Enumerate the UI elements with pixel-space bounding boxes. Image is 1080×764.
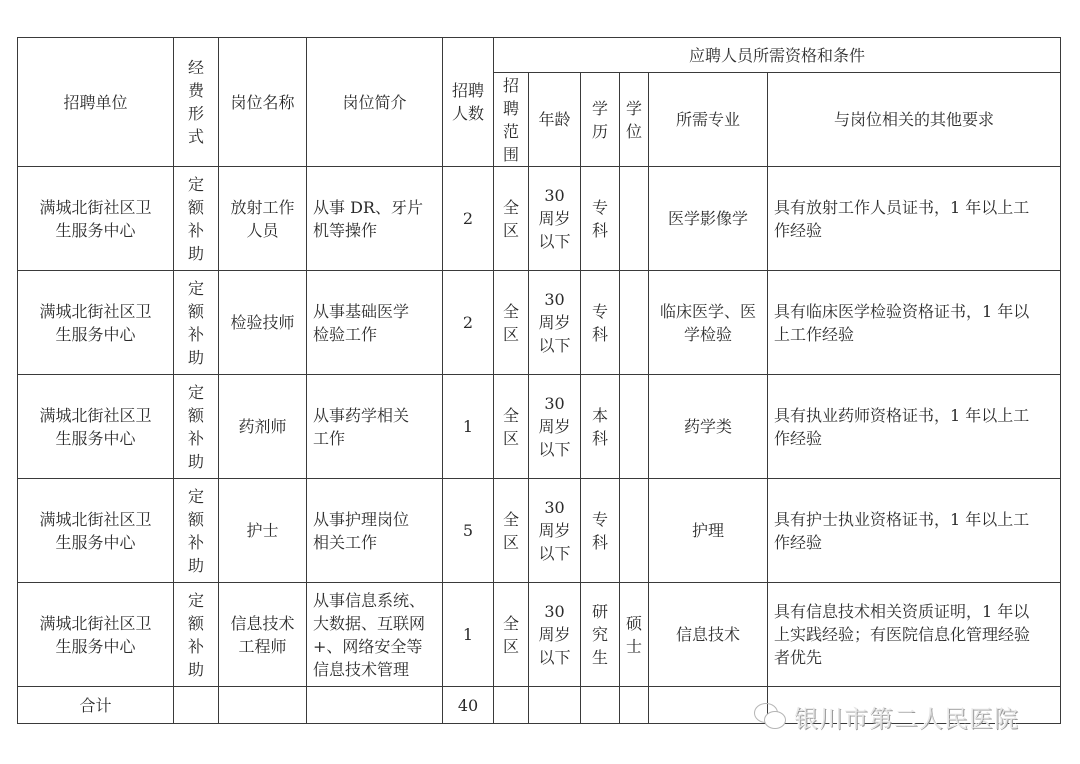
cell-major: 医学影像学 — [649, 167, 768, 271]
table-row: 满城北街社区卫生服务中心定额补助药剂师从事药学相关工作1全区30周岁以下本科药学… — [18, 375, 1061, 479]
cell-other: 具有执业药师资格证书，1 年以上工作经验 — [768, 375, 1061, 479]
header-other: 与岗位相关的其他要求 — [768, 73, 1061, 167]
header-degree: 学位 — [620, 73, 649, 167]
cell-education: 专科 — [581, 167, 620, 271]
cell-scope: 全区 — [494, 583, 529, 687]
cell-post-name: 信息技术工程师 — [219, 583, 307, 687]
cell-degree — [620, 167, 649, 271]
cell-major: 信息技术 — [649, 583, 768, 687]
total-label: 合计 — [18, 687, 174, 724]
cell-unit: 满城北街社区卫生服务中心 — [18, 583, 174, 687]
cell-age: 30周岁以下 — [529, 271, 581, 375]
cell-unit: 满城北街社区卫生服务中心 — [18, 167, 174, 271]
cell-other: 具有放射工作人员证书，1 年以上工作经验 — [768, 167, 1061, 271]
watermark: 银川市第二人民医院 — [752, 698, 1019, 734]
cell-post-intro: 从事信息系统、大数据、互联网+、网络安全等信息技术管理 — [307, 583, 443, 687]
cell-funding: 定额补助 — [174, 167, 219, 271]
cell-unit: 满城北街社区卫生服务中心 — [18, 479, 174, 583]
cell-degree: 硕士 — [620, 583, 649, 687]
cell-age: 30周岁以下 — [529, 583, 581, 687]
header-post-intro: 岗位简介 — [307, 38, 443, 167]
cell-scope: 全区 — [494, 479, 529, 583]
total-count: 40 — [443, 687, 494, 724]
cell-age: 30周岁以下 — [529, 167, 581, 271]
cell-post-intro: 从事药学相关工作 — [307, 375, 443, 479]
header-post-name: 岗位名称 — [219, 38, 307, 167]
header-scope: 招聘范围 — [494, 73, 529, 167]
cell-education: 研究生 — [581, 583, 620, 687]
table-row: 满城北街社区卫生服务中心定额补助信息技术工程师从事信息系统、大数据、互联网+、网… — [18, 583, 1061, 687]
cell-degree — [620, 479, 649, 583]
cell-scope: 全区 — [494, 375, 529, 479]
cell-age: 30周岁以下 — [529, 375, 581, 479]
header-major: 所需专业 — [649, 73, 768, 167]
cell-count: 5 — [443, 479, 494, 583]
cell-scope: 全区 — [494, 271, 529, 375]
cell-scope: 全区 — [494, 167, 529, 271]
cell-funding: 定额补助 — [174, 271, 219, 375]
cell-post-name: 护士 — [219, 479, 307, 583]
cell-post-intro: 从事 DR、牙片机等操作 — [307, 167, 443, 271]
cell-count: 1 — [443, 583, 494, 687]
header-row-1: 招聘单位 经费形式 岗位名称 岗位简介 招聘人数 应聘人员所需资格和条件 — [18, 38, 1061, 73]
cell-post-name: 检验技师 — [219, 271, 307, 375]
cell-count: 1 — [443, 375, 494, 479]
header-count: 招聘人数 — [443, 38, 494, 167]
recruitment-table: 招聘单位 经费形式 岗位名称 岗位简介 招聘人数 应聘人员所需资格和条件 招聘范… — [17, 37, 1061, 724]
cell-unit: 满城北街社区卫生服务中心 — [18, 271, 174, 375]
table-row: 满城北街社区卫生服务中心定额补助护士从事护理岗位相关工作5全区30周岁以下专科护… — [18, 479, 1061, 583]
cell-post-name: 放射工作人员 — [219, 167, 307, 271]
cell-funding: 定额补助 — [174, 583, 219, 687]
cell-funding: 定额补助 — [174, 479, 219, 583]
header-age: 年龄 — [529, 73, 581, 167]
cell-post-name: 药剂师 — [219, 375, 307, 479]
cell-major: 护理 — [649, 479, 768, 583]
cell-education: 本科 — [581, 375, 620, 479]
cell-age: 30周岁以下 — [529, 479, 581, 583]
wechat-icon — [752, 701, 786, 731]
cell-other: 具有临床医学检验资格证书，1 年以上工作经验 — [768, 271, 1061, 375]
cell-degree — [620, 375, 649, 479]
cell-unit: 满城北街社区卫生服务中心 — [18, 375, 174, 479]
cell-education: 专科 — [581, 271, 620, 375]
table-row: 满城北街社区卫生服务中心定额补助检验技师从事基础医学检验工作2全区30周岁以下专… — [18, 271, 1061, 375]
cell-education: 专科 — [581, 479, 620, 583]
cell-degree — [620, 271, 649, 375]
cell-post-intro: 从事基础医学检验工作 — [307, 271, 443, 375]
table-row: 满城北街社区卫生服务中心定额补助放射工作人员从事 DR、牙片机等操作2全区30周… — [18, 167, 1061, 271]
cell-major: 临床医学、医学检验 — [649, 271, 768, 375]
header-qualification-group: 应聘人员所需资格和条件 — [494, 38, 1061, 73]
header-funding: 经费形式 — [174, 38, 219, 167]
cell-other: 具有信息技术相关资质证明，1 年以上实践经验；有医院信息化管理经验者优先 — [768, 583, 1061, 687]
header-unit: 招聘单位 — [18, 38, 174, 167]
cell-major: 药学类 — [649, 375, 768, 479]
cell-count: 2 — [443, 271, 494, 375]
cell-other: 具有护士执业资格证书，1 年以上工作经验 — [768, 479, 1061, 583]
cell-funding: 定额补助 — [174, 375, 219, 479]
header-education: 学历 — [581, 73, 620, 167]
watermark-text: 银川市第二人民医院 — [794, 699, 1019, 734]
cell-count: 2 — [443, 167, 494, 271]
cell-post-intro: 从事护理岗位相关工作 — [307, 479, 443, 583]
